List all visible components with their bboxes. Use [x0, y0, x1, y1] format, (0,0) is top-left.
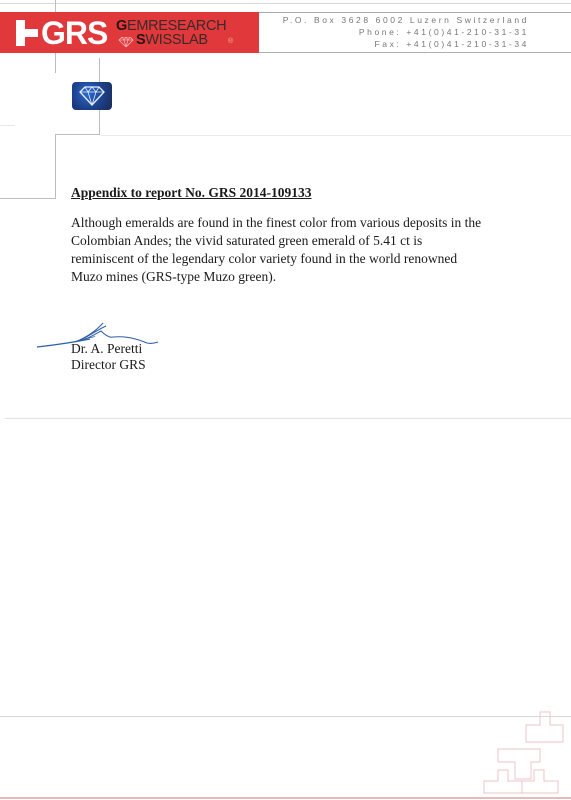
paragraph-line: reminiscent of the legendary color varie…: [71, 250, 511, 268]
header-rule-bottom: [259, 52, 571, 53]
page-separator-line: [5, 418, 571, 419]
faint-rule: [100, 135, 571, 136]
signatory-role: Director GRS: [71, 357, 146, 373]
header-tick-line: [55, 0, 56, 12]
signatory-name: Dr. A. Peretti: [71, 341, 142, 357]
swiss-cross-logo-icon: [16, 20, 38, 46]
paragraph-line: Muzo mines (GRS-type Muzo green).: [71, 268, 511, 286]
frame-line: [55, 53, 56, 73]
diamond-hologram-icon: [72, 82, 112, 110]
phone-line: Phone: +41(0)41-210-31-31: [359, 26, 529, 38]
logo-swisslab: SWISSLAB: [136, 33, 208, 48]
registered-mark: ®: [228, 38, 233, 45]
top-edge-rule: [0, 3, 571, 4]
bottom-edge-rule: [0, 797, 571, 799]
faint-rule: [0, 125, 15, 126]
document-title: Appendix to report No. GRS 2014-109133: [71, 185, 312, 201]
small-diamond-icon: [118, 37, 134, 47]
frame-line: [55, 134, 56, 199]
stacked-crosses-watermark-icon: [470, 700, 571, 795]
frame-line: [55, 134, 100, 135]
frame-line: [0, 198, 56, 199]
address-line: P.O. Box 3628 6002 Luzern Switzerland: [283, 14, 529, 26]
header-rule-top: [259, 12, 571, 13]
fax-line: Fax: +41(0)41-210-31-34: [374, 38, 529, 50]
paragraph-line: Although emeralds are found in the fines…: [71, 214, 511, 232]
logo-grs: GRS: [41, 13, 107, 53]
appendix-paragraph: Although emeralds are found in the fines…: [71, 214, 511, 286]
paragraph-line: Colombian Andes; the vivid saturated gre…: [71, 232, 511, 250]
